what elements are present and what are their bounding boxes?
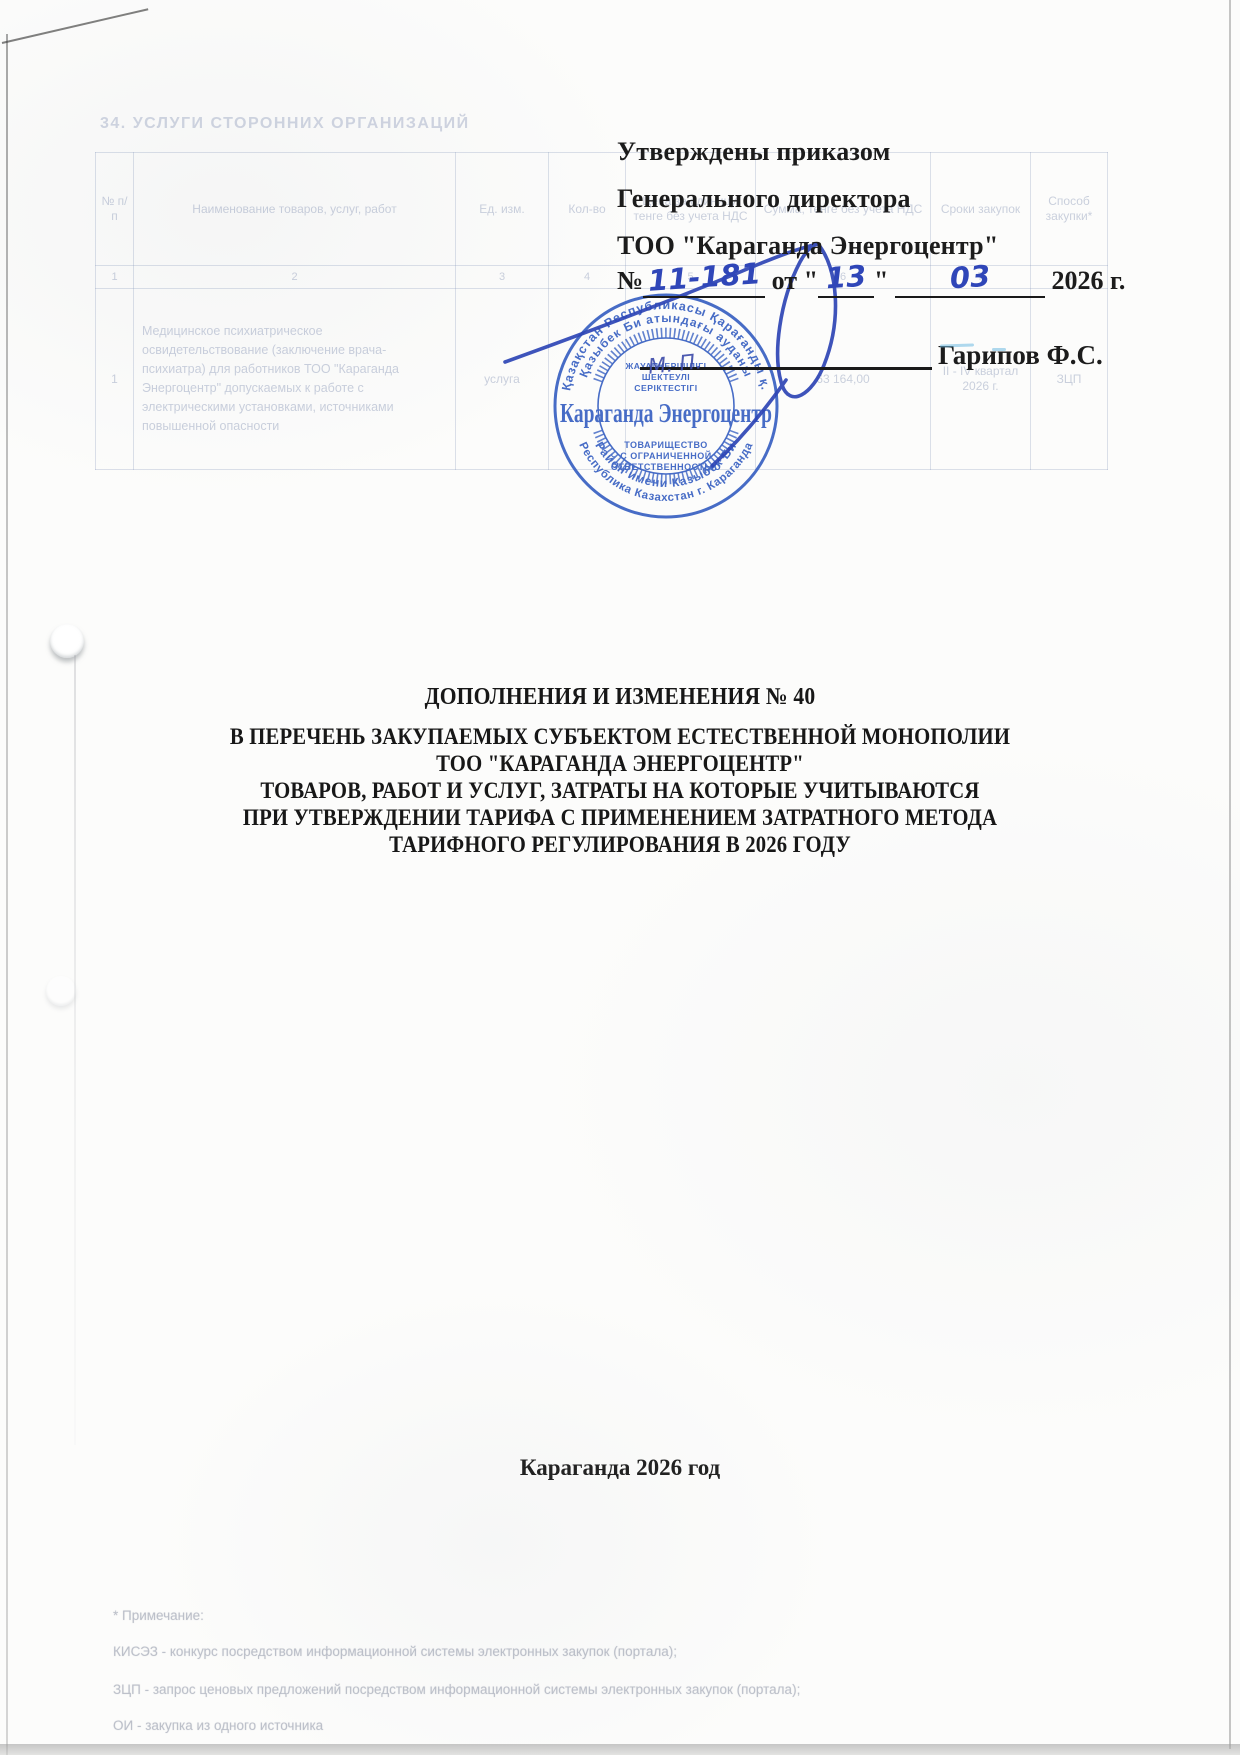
scan-edge-artifact (2, 8, 149, 44)
scan-edge-artifact (0, 1744, 1240, 1755)
binder-hole (46, 976, 76, 1006)
order-number-line: №11-181 от "13" 03 2026 г. (617, 262, 1097, 312)
scanned-document-page: 34. УСЛУГИ СТОРОННИХ ОРГАНИЗАЦИЙ № п/п Н… (0, 0, 1240, 1755)
title-line: ПРИ УТВЕРЖДЕНИИ ТАРИФА С ПРИМЕНЕНИЕМ ЗАТ… (62, 804, 1178, 831)
approval-line: Утверждены приказом (617, 128, 1087, 175)
city-year-footer: Караганда 2026 год (0, 1455, 1240, 1481)
scan-edge-artifact (6, 34, 8, 1755)
ghost-colnum: 2 (134, 266, 456, 289)
title-line: ТОВАРОВ, РАБОТ И УСЛУГ, ЗАТРАТЫ НА КОТОР… (62, 777, 1178, 804)
handwritten-day: 13 (825, 259, 868, 296)
handwritten-order-number: 11-181 (646, 256, 761, 298)
ghost-colnum: 1 (96, 266, 134, 289)
ghost-footnote: * Примечание: (113, 1608, 204, 1623)
ghost-cell-name: Медицинское психиатрическое освидетельст… (134, 289, 456, 470)
handwritten-month: 03 (948, 259, 991, 296)
title-line: ДОПОЛНЕНИЯ И ИЗМЕНЕНИЯ № 40 (62, 684, 1178, 711)
ghost-cell-method: ЗЦП (1031, 289, 1108, 470)
year-suffix: 2026 г. (1051, 266, 1125, 295)
document-title: ДОПОЛНЕНИЯ И ИЗМЕНЕНИЯ № 40 В ПЕРЕЧЕНЬ З… (0, 684, 1240, 858)
close-quote: " (874, 266, 888, 295)
ghost-cell-num: 1 (96, 289, 134, 470)
ghost-section-heading: 34. УСЛУГИ СТОРОННИХ ОРГАНИЗАЦИЙ (100, 115, 470, 133)
approval-block: Утверждены приказом Генерального директо… (617, 128, 1087, 269)
ot-label: от " (772, 266, 818, 295)
ghost-footnote: ОИ - закупка из одного источника (113, 1718, 323, 1733)
ghost-header-cell: Наименование товаров, услуг, работ (134, 153, 456, 266)
number-sign: № (617, 266, 643, 295)
ghost-footnote: КИСЭЗ - конкурс посредством информационн… (113, 1644, 677, 1659)
title-line: ТОО "КАРАГАНДА ЭНЕРГОЦЕНТР" (62, 750, 1178, 777)
scan-artifact (992, 348, 1006, 351)
title-line: В ПЕРЕЧЕНЬ ЗАКУПАЕМЫХ СУБЪЕКТОМ ЕСТЕСТВЕ… (62, 723, 1178, 750)
title-line: ТАРИФНОГО РЕГУЛИРОВАНИЯ В 2026 ГОДУ (62, 831, 1178, 858)
scan-edge-artifact (1229, 0, 1231, 1749)
binder-hole (50, 624, 84, 658)
ghost-header-cell: № п/п (96, 153, 134, 266)
approval-line: Генерального директора (617, 175, 1087, 222)
ghost-footnote: ЗЦП - запрос ценовых предложений посредс… (113, 1682, 800, 1697)
binder-crease-line (74, 655, 76, 1445)
